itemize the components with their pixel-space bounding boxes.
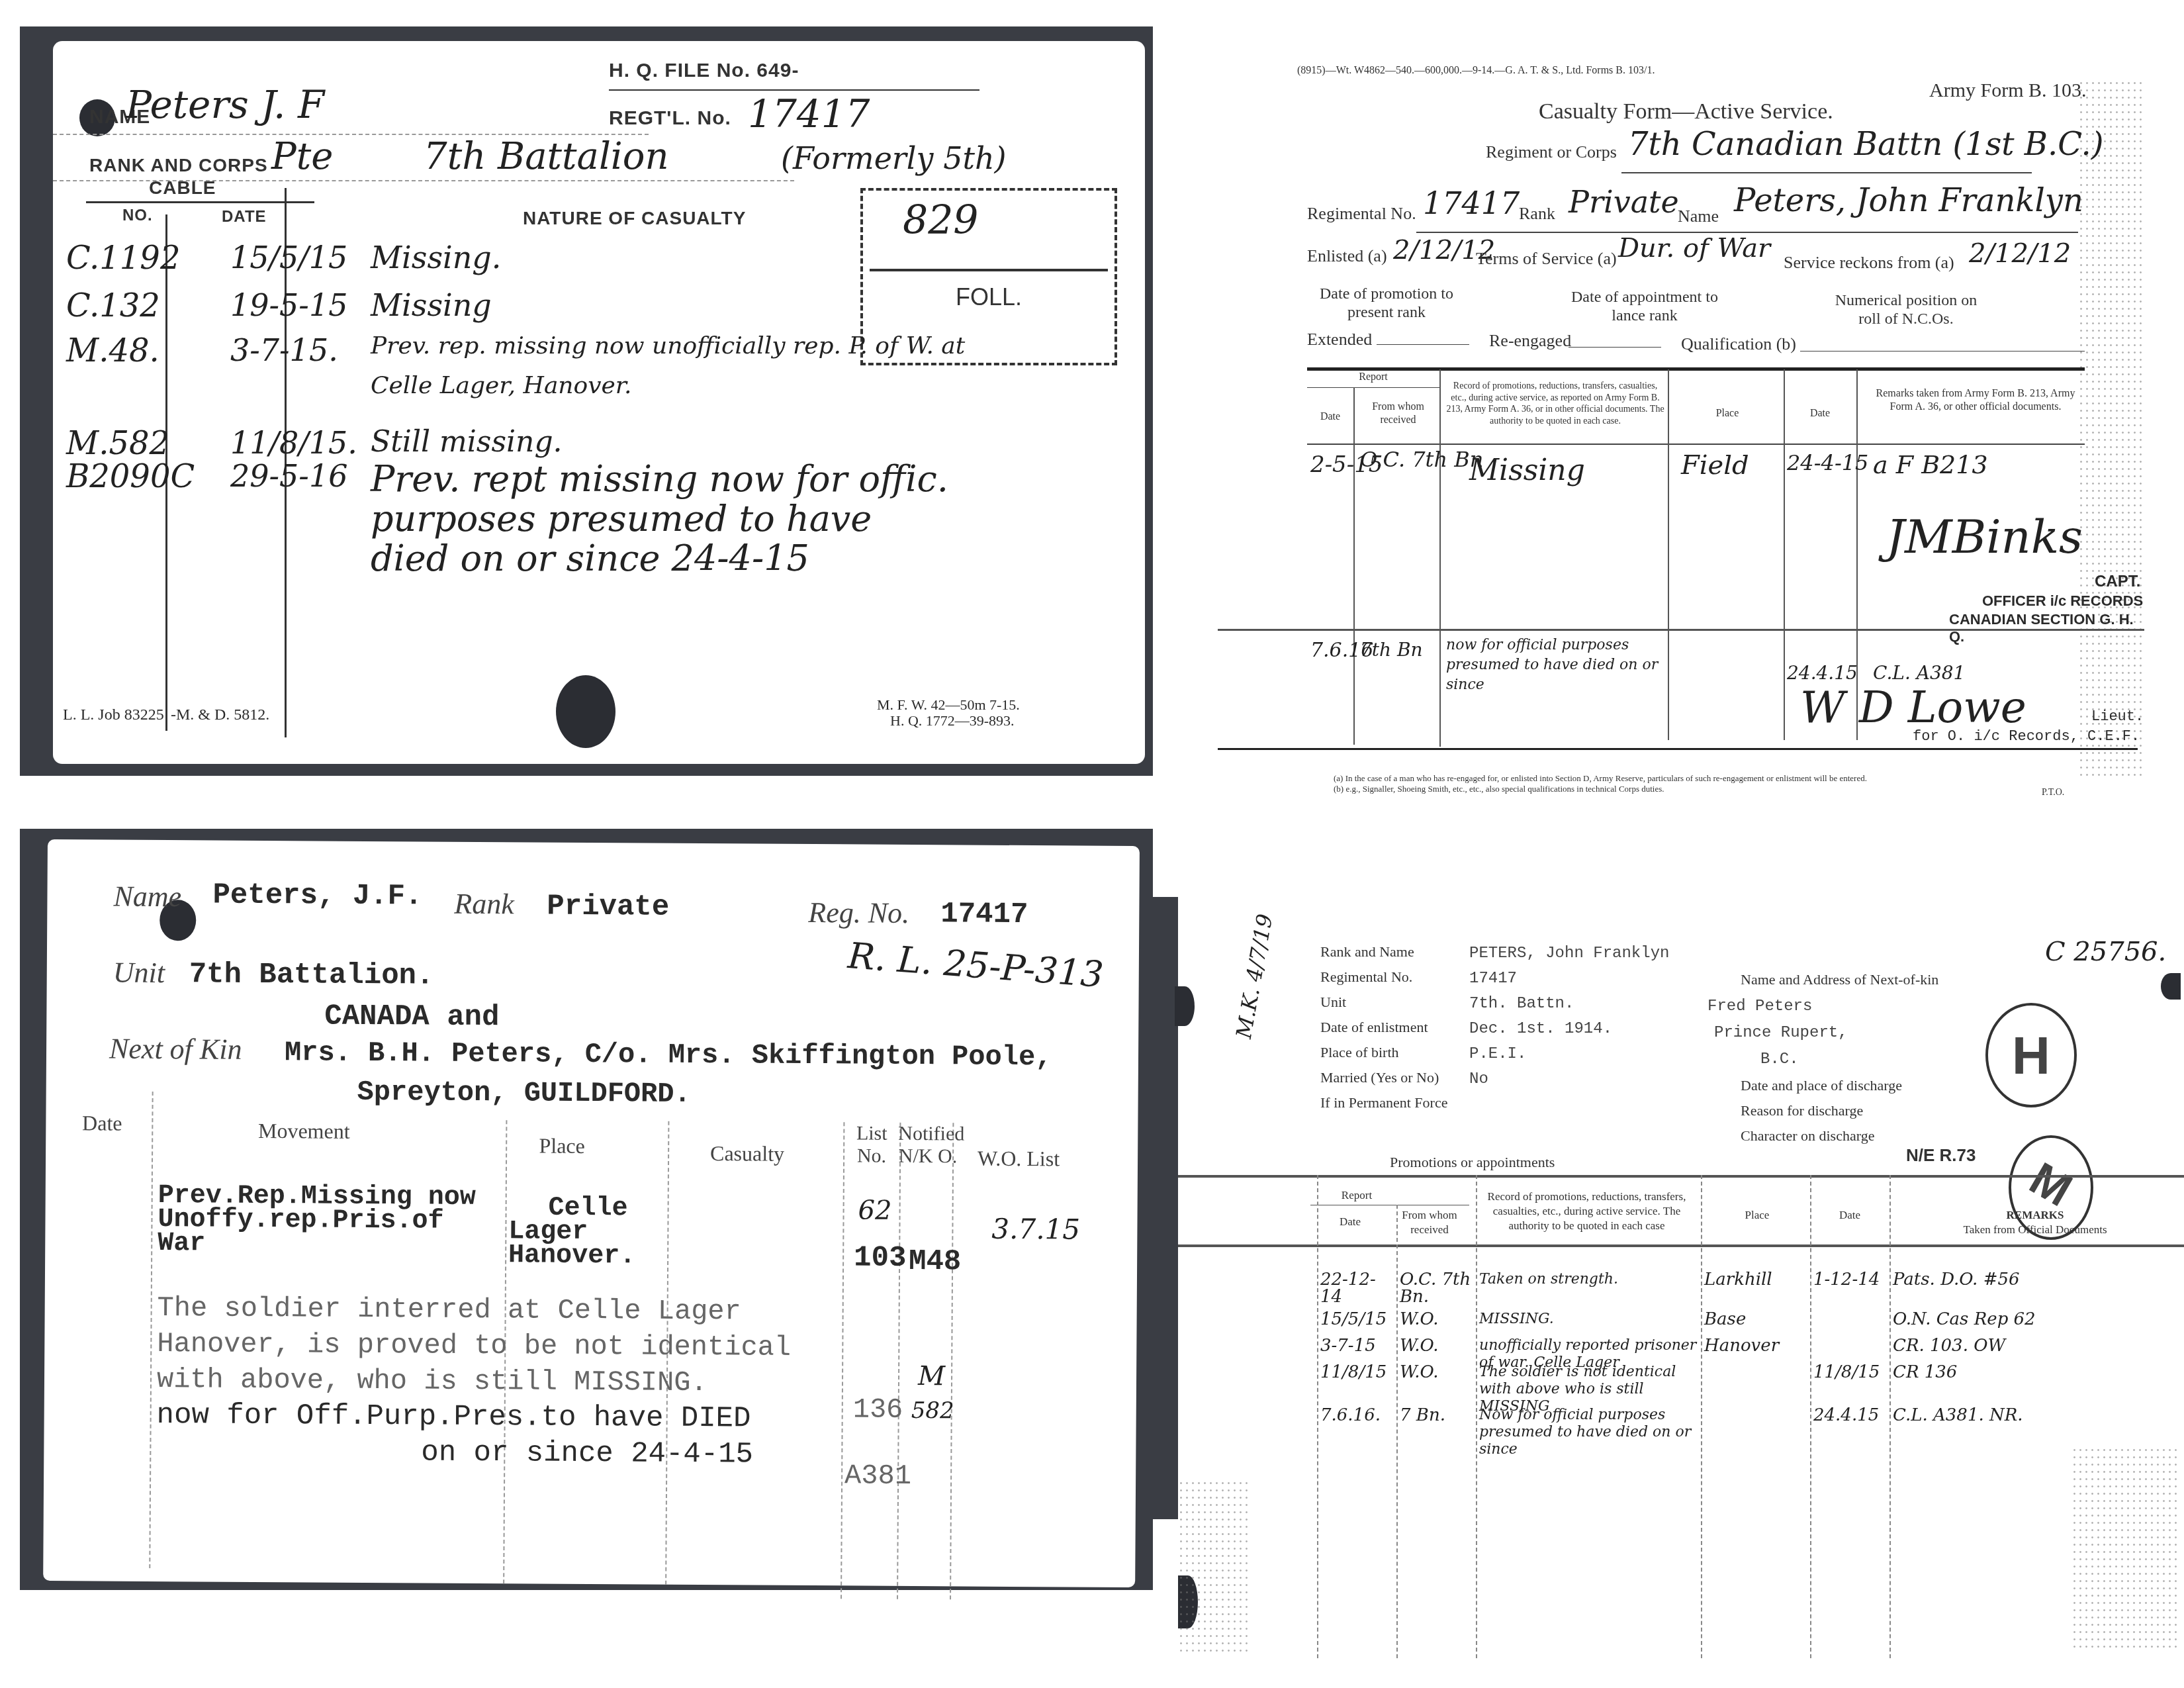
field-label: Rank and Name [1320, 943, 1414, 961]
entry-from: W.O. [1400, 1337, 1476, 1354]
entry-remarks: Pats. D.O. #56 [1893, 1271, 2158, 1288]
col-date-label: DATE [222, 208, 267, 226]
enlisted-label: Enlisted (a) [1307, 246, 1387, 266]
field-label: Unit [1320, 994, 1346, 1011]
form4-edge-strip [1152, 897, 1178, 1519]
entry-date: 22-12-14 [1320, 1271, 1393, 1305]
entry-from: O.C. 7th Bn. [1400, 1271, 1476, 1305]
entry-remarks: O.N. Cas Rep 62 [1893, 1311, 2158, 1328]
ne-ref: N/E R.73 [1906, 1145, 1976, 1166]
terms-label: Terms of Service (a) [1476, 249, 1617, 269]
sig1-section: CANADIAN SECTION G. H. Q. [1949, 611, 2144, 645]
casualty-entry: Celle Lager, Hanover. [53, 372, 1145, 418]
field-label: Regimental No. [1320, 968, 1412, 986]
row1-date2: 24-4-15 [1787, 450, 1868, 475]
rank-label: Rank [1519, 204, 1555, 224]
stamp-h: H [1985, 1003, 2077, 1107]
character-label: Character on discharge [1741, 1127, 1874, 1145]
regimental-no-label: Regimental No. [1307, 204, 1416, 224]
field-value: No [1469, 1070, 1488, 1088]
wo-list-date: 3.7.15 [991, 1213, 1080, 1246]
movement-text: Prev.Rep.Missing now Unoffy.rep.Pris.of … [158, 1184, 476, 1258]
entry-no: C.1192 [66, 240, 225, 277]
entry-no: B2090C [66, 458, 225, 495]
notified-entry: M [918, 1361, 945, 1391]
entry-remarks: C.L. A381. NR. [1893, 1407, 2158, 1424]
entry-date: 7.6.16. [1320, 1407, 1393, 1424]
entry-nature: Missing. [371, 240, 1132, 275]
reg-no-label: Reg. No. [808, 896, 909, 930]
unit-value: 7th Battalion [424, 135, 669, 178]
form-id: Army Form B. 103. [1929, 79, 2087, 102]
col-notified: Notified N/K O. [898, 1123, 958, 1168]
entry-nature: Prev. rept missing now for offic. [371, 458, 1132, 500]
sig2-role: for O. i/c Records, C.E.F. [1913, 728, 2140, 745]
entry-nature: Still missing. [371, 425, 1132, 459]
unit-value: 7th Battalion. [189, 958, 434, 992]
entry-record: MISSING. [1479, 1311, 1698, 1328]
note-text: The soldier interred at Celle Lager Hano… [156, 1290, 791, 1473]
field-label: Date of enlistment [1320, 1019, 1428, 1036]
row1-from: O.C. 7th Bn [1360, 447, 1483, 472]
entry-record: Now for official purposes presumed to ha… [1479, 1407, 1698, 1458]
footer-job: L. L. Job 83225 [63, 706, 164, 724]
entry-nature: Prev. rep. missing now unofficially rep.… [371, 332, 1132, 359]
row2-record: now for official purposes presumed to ha… [1446, 635, 1684, 695]
footer-mfw: M. F. W. 42—50m 7-15. [877, 696, 1020, 714]
entry-date2: 1-12-14 [1813, 1271, 1886, 1288]
casualty-entry: C.13219-5-15Missing [53, 287, 1145, 334]
col-wo-list: W.O. List [966, 1146, 1071, 1171]
entry-no: C.132 [66, 287, 225, 324]
entry-from: W.O. [1400, 1311, 1476, 1328]
entry-date: 29-5-16 [230, 458, 363, 494]
name-label: Name [113, 880, 181, 914]
nok-line1: Fred Peters [1707, 998, 1812, 1015]
col-date: Date [66, 1111, 138, 1136]
signature-binks: JMBinks [1886, 510, 2083, 564]
numerical-label: Numerical position on roll of N.C.Os. [1827, 291, 1985, 328]
pto: P.T.O. [2042, 788, 2064, 798]
regiment-label: Regiment or Corps [1486, 142, 1617, 162]
entry-date: 19-5-15 [230, 287, 363, 323]
casualty-entry: C.119215/5/15Missing. [53, 240, 1145, 286]
terms-value: Dur. of War [1618, 233, 1770, 263]
field-value: 17417 [1469, 970, 1517, 988]
hq-file-label: H. Q. FILE No. 649- [609, 60, 799, 82]
field-label: If in Permanent Force [1320, 1094, 1447, 1111]
signature-lieut: W D Lowe [1800, 682, 2026, 733]
entry-nature: purposes presumed to have [371, 498, 1132, 539]
field-value: PETERS, John Franklyn [1469, 945, 1669, 962]
row1-place: Field [1681, 450, 1749, 481]
punch-hole [2161, 973, 2181, 1000]
entry-date: 11/8/15 [1320, 1364, 1393, 1381]
appointment-label: Date of appointment to lance rank [1569, 288, 1721, 325]
casualty-entry: died on or since 24-4-15 [53, 538, 1145, 584]
punch-hole [1175, 986, 1195, 1026]
rank-label: Rank [454, 887, 514, 921]
nok-line3: B.C. [1760, 1051, 1799, 1068]
row2-from: 7th Bn [1360, 639, 1423, 661]
col-casualty: Casualty [681, 1141, 813, 1166]
name-value: Peters J. F [126, 82, 324, 127]
nok-line2: Prince Rupert, [1714, 1024, 1848, 1042]
formerly-note: (Formerly 5th) [781, 140, 1007, 176]
regiment-value: 7th Canadian Battn (1st B.C.) [1628, 126, 2103, 163]
promotions-label: Promotions or appointments [1390, 1154, 1555, 1171]
entry-nature: Celle Lager, Hanover. [371, 372, 1132, 399]
entry-date: 15/5/15 [1320, 1311, 1393, 1328]
promotion-label: Date of promotion to present rank [1307, 285, 1466, 322]
field-value: P.E.I. [1469, 1045, 1526, 1063]
entry-from: 7 Bn. [1400, 1407, 1476, 1424]
entry-date2: 24.4.15 [1813, 1407, 1886, 1424]
field-value: 7th. Battn. [1469, 995, 1574, 1013]
rank-value: Pte [271, 135, 333, 178]
col-list-no: List No. [845, 1122, 898, 1167]
ref-handwritten: R. L. 25-P-313 [846, 935, 1105, 996]
entry-nature: died on or since 24-4-15 [371, 538, 1132, 579]
footer-hq: H. Q. 1772—39-893. [890, 712, 1015, 729]
place-text: Celle Lager Hanover. [508, 1196, 636, 1268]
reckons-label: Service reckons from (a) [1784, 253, 1954, 273]
row2-remarks: C.L. A381 [1873, 662, 1965, 684]
field-value: Dec. 1st. 1914. [1469, 1020, 1612, 1038]
form-title: Casualty Form—Active Service. [1539, 99, 1833, 124]
margin-note: M.K. 4/7/19 [1231, 906, 1279, 1041]
reengaged-label: Re-engaged [1489, 331, 1571, 351]
entry-date: 15/5/15 [230, 240, 363, 275]
unit-label: Unit [113, 956, 165, 990]
entry-date2: 11/8/15 [1813, 1364, 1886, 1381]
col-place: Place [509, 1133, 615, 1158]
cable-label: CABLE [149, 177, 216, 199]
discharge-reason-label: Reason for discharge [1741, 1102, 1863, 1119]
entry-no: M.582 [66, 425, 225, 462]
entry-date: 3-7-15. [230, 332, 363, 368]
regimental-no-value: 17417 [1423, 185, 1520, 221]
nature-label: NATURE OF CASUALTY [523, 208, 746, 229]
qualification-label: Qualification (b) [1681, 334, 1796, 354]
army-form-b103: (8915)—Wt. W4862—540.—600,000.—9-14.—G. … [1218, 53, 2144, 801]
nok-label: Name and Address of Next-of-kin [1741, 971, 1938, 988]
regtl-no-label: REGT'L. No. [609, 107, 731, 130]
sig1-role: OFFICER i/c RECORDS [1982, 592, 2143, 610]
row1-remarks: a F B213 [1873, 450, 1988, 479]
punch-hole [556, 675, 615, 748]
footnote-b: (b) e.g., Signaller, Shoeing Smith, etc.… [1334, 784, 1664, 794]
field-label: Place of birth [1320, 1044, 1399, 1061]
col-no-label: NO. [122, 207, 153, 225]
list-entry: 62 [858, 1195, 891, 1225]
rank-value: Private [1569, 184, 1679, 220]
entry-place: Larkhill [1704, 1271, 1807, 1288]
extended-label: Extended [1307, 330, 1372, 350]
casualty-cable-card: NAME Peters J. F RANK AND CORPS Pte 7th … [53, 41, 1145, 764]
list-entry: 136 [853, 1393, 903, 1425]
box-number: 829 [903, 197, 979, 244]
nok-line1: Mrs. B.H. Peters, C/o. Mrs. Skiffington … [285, 1037, 1052, 1073]
entry-no: M.48. [66, 332, 225, 369]
service-record-sheet: C 25756. M.K. 4/7/19 Rank and NamePETERS… [1178, 897, 2184, 1658]
entry-record: Taken on strength. [1479, 1271, 1698, 1288]
reckons-value: 2/12/12 [1969, 238, 2071, 269]
file-ref: C 25756. [2045, 937, 2166, 967]
list-entry: A381 [844, 1460, 911, 1492]
field-label: Married (Yes or No) [1320, 1069, 1439, 1086]
nok-prefix: CANADA and [324, 1000, 499, 1035]
col-movement: Movement [231, 1119, 377, 1144]
entry-place: Base [1704, 1311, 1807, 1328]
regtl-no-value: 17417 [748, 91, 870, 136]
rank-corps-label: RANK AND CORPS [89, 155, 268, 176]
footnote-a: (a) In the case of a man who has re-enga… [1334, 773, 1867, 784]
entry-date: 11/8/15. [230, 425, 363, 461]
entry-date: 3-7-15 [1320, 1337, 1393, 1354]
name-value: Peters, J.F. [212, 879, 422, 914]
entry-from: W.O. [1400, 1364, 1476, 1381]
rank-value: Private [547, 890, 669, 924]
nok-label: Next of Kin [109, 1032, 242, 1066]
entry-place: Hanover [1704, 1337, 1807, 1354]
reg-no-value: 17417 [940, 898, 1028, 931]
list-entry: 103 [854, 1241, 907, 1274]
row2-date2: 24.4.15 [1787, 662, 1858, 684]
entry-nature: Missing [371, 287, 1132, 323]
name-label: Name [1678, 207, 1719, 226]
notified-entry: M48 [909, 1245, 962, 1278]
printer-line: (8915)—Wt. W4862—540.—600,000.—9-14.—G. … [1297, 65, 1655, 77]
notified-entry: 582 [911, 1397, 954, 1424]
sig2-rank: Lieut. [2091, 708, 2144, 725]
footer-md: -M. & D. 5812. [171, 706, 269, 724]
entry-remarks: CR. 103. OW [1893, 1337, 2158, 1354]
entry-remarks: CR 136 [1893, 1364, 2158, 1381]
record-index-card: Name Peters, J.F. Rank Private Reg. No. … [43, 839, 1140, 1587]
discharge-date-label: Date and place of discharge [1741, 1077, 1902, 1094]
row1-record: Missing [1469, 453, 1585, 487]
sig1-title: CAPT. [2095, 573, 2140, 591]
nok-line2: Spreyton, GUILDFORD. [357, 1076, 691, 1110]
name-value: Peters, John Franklyn [1734, 182, 2083, 219]
